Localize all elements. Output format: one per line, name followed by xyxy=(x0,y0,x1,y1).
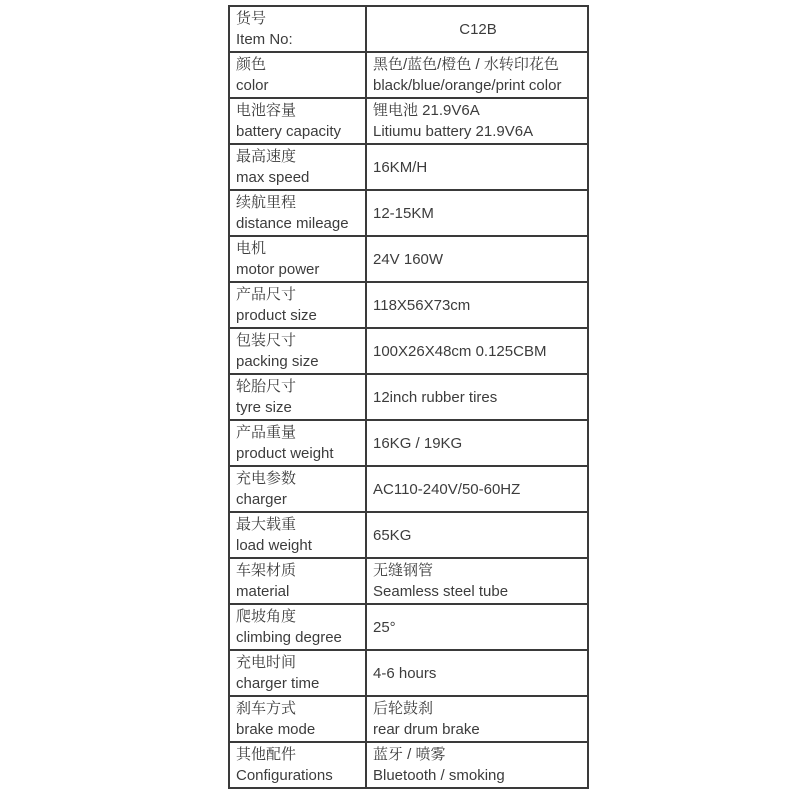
spec-label-cell: 电机 motor power xyxy=(229,236,366,282)
table-row: 产品尺寸 product size 118X56X73cm xyxy=(229,282,588,328)
spec-value-line: 16KG / 19KG xyxy=(373,433,583,454)
spec-label-en: brake mode xyxy=(236,719,361,740)
spec-value-cell: 25° xyxy=(366,604,588,650)
spec-value-line: 25° xyxy=(373,617,583,638)
spec-label-cell: 轮胎尺寸 tyre size xyxy=(229,374,366,420)
spec-value-line: 12inch rubber tires xyxy=(373,387,583,408)
spec-label-zh: 电机 xyxy=(236,238,361,259)
spec-label-zh: 充电时间 xyxy=(236,652,361,673)
spec-value-line: 65KG xyxy=(373,525,583,546)
spec-value-line: black/blue/orange/print color xyxy=(373,75,583,96)
table-row: 电池容量 battery capacity 锂电池 21.9V6ALitiumu… xyxy=(229,98,588,144)
spec-value-cell: 锂电池 21.9V6ALitiumu battery 21.9V6A xyxy=(366,98,588,144)
spec-label-zh: 其他配件 xyxy=(236,744,361,765)
spec-label-zh: 包装尺寸 xyxy=(236,330,361,351)
spec-label-zh: 颜色 xyxy=(236,54,361,75)
table-row: 续航里程 distance mileage 12-15KM xyxy=(229,190,588,236)
table-row: 电机 motor power 24V 160W xyxy=(229,236,588,282)
spec-label-cell: 产品重量 product weight xyxy=(229,420,366,466)
spec-value-cell: 4-6 hours xyxy=(366,650,588,696)
spec-label-cell: 爬坡角度 climbing degree xyxy=(229,604,366,650)
spec-value-cell: 16KM/H xyxy=(366,144,588,190)
spec-label-en: Configurations xyxy=(236,765,361,786)
spec-label-cell: 颜色 color xyxy=(229,52,366,98)
spec-label-en: max speed xyxy=(236,167,361,188)
spec-value-cell: C12B xyxy=(366,6,588,52)
spec-label-zh: 充电参数 xyxy=(236,468,361,489)
spec-label-zh: 爬坡角度 xyxy=(236,606,361,627)
spec-label-zh: 最高速度 xyxy=(236,146,361,167)
spec-value-cell: 12-15KM xyxy=(366,190,588,236)
spec-sheet-page: 货号 Item No: C12B 颜色 color 黑色/蓝色/橙色 / 水转印… xyxy=(0,0,800,800)
spec-label-cell: 充电时间 charger time xyxy=(229,650,366,696)
spec-label-cell: 续航里程 distance mileage xyxy=(229,190,366,236)
table-row: 充电时间 charger time 4-6 hours xyxy=(229,650,588,696)
spec-value-cell: 后轮鼓刹rear drum brake xyxy=(366,696,588,742)
table-row: 爬坡角度 climbing degree 25° xyxy=(229,604,588,650)
spec-value-line: Seamless steel tube xyxy=(373,581,583,602)
spec-label-cell: 最高速度 max speed xyxy=(229,144,366,190)
table-row: 最大载重 load weight 65KG xyxy=(229,512,588,558)
table-row: 车架材质 material 无缝钢管Seamless steel tube xyxy=(229,558,588,604)
spec-label-cell: 包装尺寸 packing size xyxy=(229,328,366,374)
spec-label-cell: 电池容量 battery capacity xyxy=(229,98,366,144)
table-row: 最高速度 max speed 16KM/H xyxy=(229,144,588,190)
spec-value-line: Bluetooth / smoking xyxy=(373,765,583,786)
spec-value-cell: 118X56X73cm xyxy=(366,282,588,328)
spec-label-en: product size xyxy=(236,305,361,326)
spec-label-en: packing size xyxy=(236,351,361,372)
spec-label-zh: 刹车方式 xyxy=(236,698,361,719)
spec-label-en: charger xyxy=(236,489,361,510)
spec-label-en: charger time xyxy=(236,673,361,694)
spec-label-en: battery capacity xyxy=(236,121,361,142)
spec-value-line: 118X56X73cm xyxy=(373,295,583,316)
spec-value-line: 蓝牙 / 喷雾 xyxy=(373,744,583,765)
spec-value-line: 24V 160W xyxy=(373,249,583,270)
spec-table-body: 货号 Item No: C12B 颜色 color 黑色/蓝色/橙色 / 水转印… xyxy=(229,6,588,788)
spec-label-en: motor power xyxy=(236,259,361,280)
spec-label-en: color xyxy=(236,75,361,96)
spec-value-line: 4-6 hours xyxy=(373,663,583,684)
table-row: 包装尺寸 packing size 100X26X48cm 0.125CBM xyxy=(229,328,588,374)
spec-label-en: load weight xyxy=(236,535,361,556)
table-row: 刹车方式 brake mode 后轮鼓刹rear drum brake xyxy=(229,696,588,742)
spec-value-cell: 黑色/蓝色/橙色 / 水转印花色black/blue/orange/print … xyxy=(366,52,588,98)
table-row: 货号 Item No: C12B xyxy=(229,6,588,52)
spec-value-cell: 100X26X48cm 0.125CBM xyxy=(366,328,588,374)
spec-label-en: distance mileage xyxy=(236,213,361,234)
spec-value-cell: AC110-240V/50-60HZ xyxy=(366,466,588,512)
spec-label-zh: 轮胎尺寸 xyxy=(236,376,361,397)
spec-label-cell: 产品尺寸 product size xyxy=(229,282,366,328)
spec-table: 货号 Item No: C12B 颜色 color 黑色/蓝色/橙色 / 水转印… xyxy=(228,5,589,789)
spec-value-cell: 蓝牙 / 喷雾Bluetooth / smoking xyxy=(366,742,588,788)
table-row: 轮胎尺寸 tyre size 12inch rubber tires xyxy=(229,374,588,420)
spec-value-line: 16KM/H xyxy=(373,157,583,178)
spec-value-line: 12-15KM xyxy=(373,203,583,224)
spec-label-zh: 最大载重 xyxy=(236,514,361,535)
spec-value-line: 锂电池 21.9V6A xyxy=(373,100,583,121)
table-row: 颜色 color 黑色/蓝色/橙色 / 水转印花色black/blue/oran… xyxy=(229,52,588,98)
spec-label-zh: 产品尺寸 xyxy=(236,284,361,305)
spec-label-cell: 刹车方式 brake mode xyxy=(229,696,366,742)
spec-label-en: climbing degree xyxy=(236,627,361,648)
spec-label-zh: 产品重量 xyxy=(236,422,361,443)
spec-value-cell: 16KG / 19KG xyxy=(366,420,588,466)
spec-value-line: C12B xyxy=(373,19,583,40)
spec-label-en: material xyxy=(236,581,361,602)
spec-value-line: 后轮鼓刹 xyxy=(373,698,583,719)
table-row: 充电参数 charger AC110-240V/50-60HZ xyxy=(229,466,588,512)
spec-label-zh: 电池容量 xyxy=(236,100,361,121)
spec-label-en: Item No: xyxy=(236,29,361,50)
spec-label-zh: 车架材质 xyxy=(236,560,361,581)
spec-value-line: Litiumu battery 21.9V6A xyxy=(373,121,583,142)
spec-label-cell: 车架材质 material xyxy=(229,558,366,604)
spec-label-cell: 货号 Item No: xyxy=(229,6,366,52)
spec-value-line: rear drum brake xyxy=(373,719,583,740)
spec-value-cell: 24V 160W xyxy=(366,236,588,282)
spec-label-en: tyre size xyxy=(236,397,361,418)
spec-value-cell: 12inch rubber tires xyxy=(366,374,588,420)
spec-value-line: 黑色/蓝色/橙色 / 水转印花色 xyxy=(373,54,583,75)
spec-label-cell: 其他配件 Configurations xyxy=(229,742,366,788)
spec-value-line: 100X26X48cm 0.125CBM xyxy=(373,341,583,362)
spec-value-line: AC110-240V/50-60HZ xyxy=(373,479,583,500)
spec-label-en: product weight xyxy=(236,443,361,464)
spec-value-cell: 65KG xyxy=(366,512,588,558)
table-row: 产品重量 product weight 16KG / 19KG xyxy=(229,420,588,466)
spec-label-cell: 充电参数 charger xyxy=(229,466,366,512)
spec-label-zh: 续航里程 xyxy=(236,192,361,213)
spec-value-cell: 无缝钢管Seamless steel tube xyxy=(366,558,588,604)
table-row: 其他配件 Configurations 蓝牙 / 喷雾Bluetooth / s… xyxy=(229,742,588,788)
spec-label-cell: 最大载重 load weight xyxy=(229,512,366,558)
spec-label-zh: 货号 xyxy=(236,8,361,29)
spec-value-line: 无缝钢管 xyxy=(373,560,583,581)
